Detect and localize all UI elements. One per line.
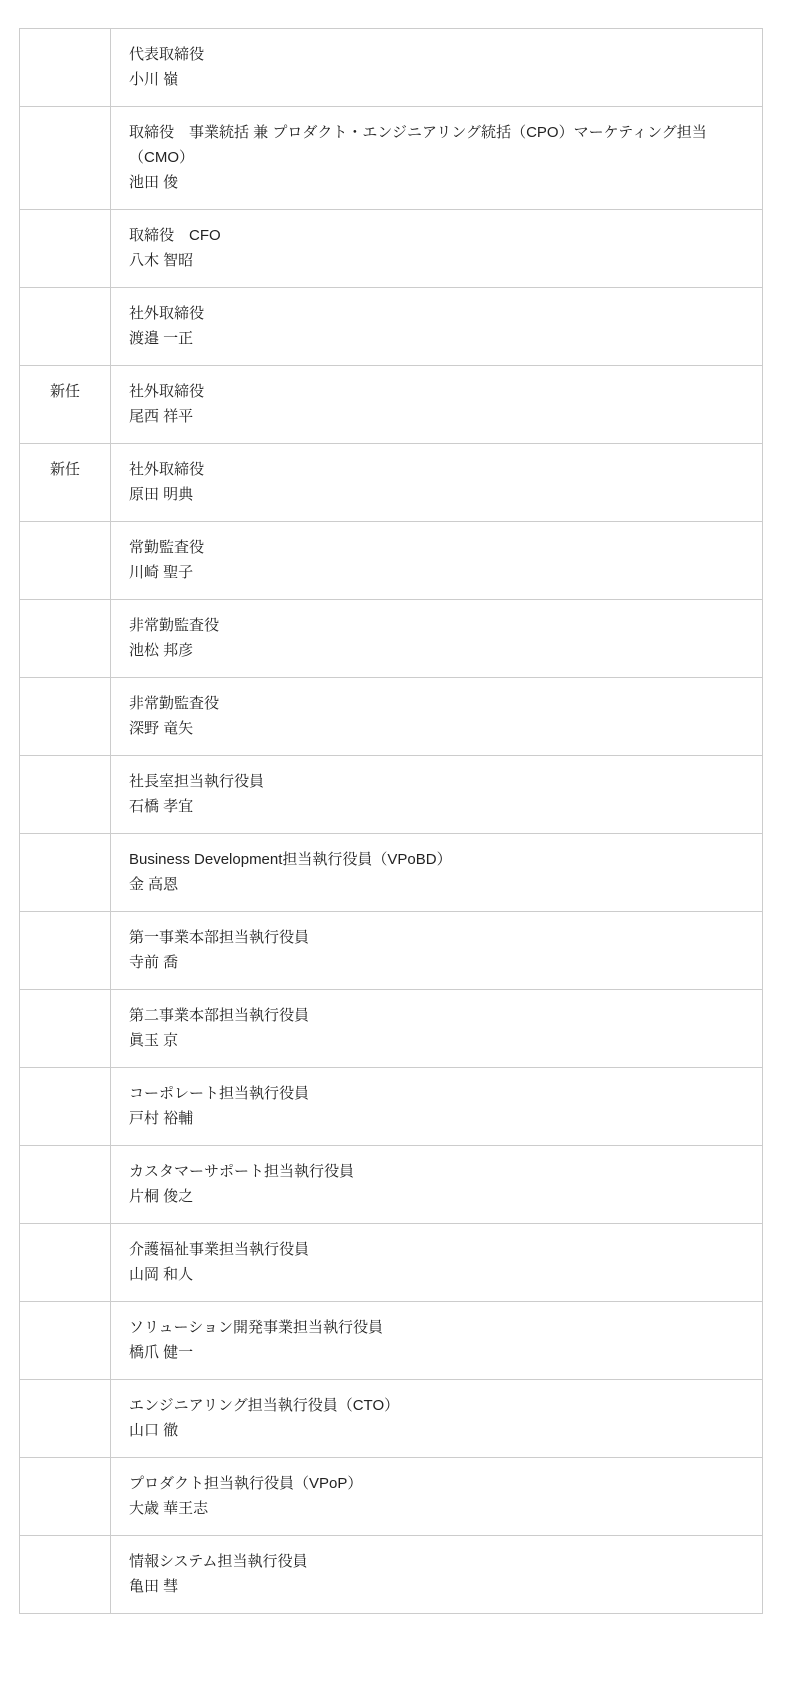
table-row: 社外取締役 渡邉 一正: [20, 288, 763, 366]
officer-cell: Business Development担当執行役員（VPoBD） 金 高恩: [111, 834, 763, 912]
officer-title: エンジニアリング担当執行役員（CTO）: [129, 1393, 742, 1418]
officer-title: 代表取締役: [129, 42, 742, 67]
new-appointment-cell: [20, 1302, 111, 1380]
new-appointment-cell: [20, 107, 111, 210]
officer-cell: コーポレート担当執行役員 戸村 裕輔: [111, 1068, 763, 1146]
officer-cell: 情報システム担当執行役員 亀田 彗: [111, 1536, 763, 1614]
officer-name: 小川 嶺: [129, 67, 742, 92]
officer-cell: 社長室担当執行役員 石橋 孝宜: [111, 756, 763, 834]
officer-title: Business Development担当執行役員（VPoBD）: [129, 847, 742, 872]
officer-cell: プロダクト担当執行役員（VPoP） 大歳 華王志: [111, 1458, 763, 1536]
officer-cell: 社外取締役 尾西 祥平: [111, 366, 763, 444]
table-row: 第二事業本部担当執行役員 眞玉 京: [20, 990, 763, 1068]
page: { "page": { "background_color": "#ffffff…: [0, 28, 800, 1694]
officer-cell: 取締役 CFO 八木 智昭: [111, 210, 763, 288]
officer-cell: 代表取締役 小川 嶺: [111, 29, 763, 107]
new-appointment-cell: [20, 522, 111, 600]
new-appointment-cell: [20, 600, 111, 678]
officer-title: 非常勤監査役: [129, 691, 742, 716]
new-appointment-cell: 新任: [20, 444, 111, 522]
officer-title: プロダクト担当執行役員（VPoP）: [129, 1471, 742, 1496]
new-appointment-badge: 新任: [50, 383, 80, 400]
officer-title: 情報システム担当執行役員: [129, 1549, 742, 1574]
officer-cell: 社外取締役 渡邉 一正: [111, 288, 763, 366]
officer-name: 片桐 俊之: [129, 1184, 742, 1209]
officers-table-body: 代表取締役 小川 嶺 取締役 事業統括 兼 プロダクト・エンジニアリング統括（C…: [20, 29, 763, 1614]
officer-cell: エンジニアリング担当執行役員（CTO） 山口 徹: [111, 1380, 763, 1458]
officer-name: 尾西 祥平: [129, 404, 742, 429]
new-appointment-cell: [20, 210, 111, 288]
table-row: Business Development担当執行役員（VPoBD） 金 高恩: [20, 834, 763, 912]
officer-name: 川崎 聖子: [129, 560, 742, 585]
officer-title: カスタマーサポート担当執行役員: [129, 1159, 742, 1184]
officer-cell: 取締役 事業統括 兼 プロダクト・エンジニアリング統括（CPO）マーケティング担…: [111, 107, 763, 210]
table-row: ソリューション開発事業担当執行役員 橋爪 健一: [20, 1302, 763, 1380]
officer-title: 社外取締役: [129, 301, 742, 326]
officer-cell: 介護福祉事業担当執行役員 山岡 和人: [111, 1224, 763, 1302]
new-appointment-cell: [20, 990, 111, 1068]
officer-name: 山岡 和人: [129, 1262, 742, 1287]
new-appointment-cell: [20, 678, 111, 756]
new-appointment-cell: [20, 834, 111, 912]
table-row: 新任 社外取締役 尾西 祥平: [20, 366, 763, 444]
officer-name: 原田 明典: [129, 482, 742, 507]
officer-name: 池田 俊: [129, 170, 742, 195]
officer-name: 眞玉 京: [129, 1028, 742, 1053]
table-row: 非常勤監査役 池松 邦彦: [20, 600, 763, 678]
table-row: 非常勤監査役 深野 竜矢: [20, 678, 763, 756]
officer-cell: カスタマーサポート担当執行役員 片桐 俊之: [111, 1146, 763, 1224]
officer-title: 第二事業本部担当執行役員: [129, 1003, 742, 1028]
officer-name: 深野 竜矢: [129, 716, 742, 741]
new-appointment-cell: [20, 1536, 111, 1614]
table-row: 第一事業本部担当執行役員 寺前 喬: [20, 912, 763, 990]
officer-cell: 非常勤監査役 池松 邦彦: [111, 600, 763, 678]
table-row: カスタマーサポート担当執行役員 片桐 俊之: [20, 1146, 763, 1224]
table-row: 介護福祉事業担当執行役員 山岡 和人: [20, 1224, 763, 1302]
officer-title: 取締役 事業統括 兼 プロダクト・エンジニアリング統括（CPO）マーケティング担…: [129, 120, 742, 170]
officer-name: 橋爪 健一: [129, 1340, 742, 1365]
new-appointment-cell: 新任: [20, 366, 111, 444]
table-row: 取締役 事業統括 兼 プロダクト・エンジニアリング統括（CPO）マーケティング担…: [20, 107, 763, 210]
officer-title: 取締役 CFO: [129, 223, 742, 248]
officer-title: 第一事業本部担当執行役員: [129, 925, 742, 950]
officer-title: 非常勤監査役: [129, 613, 742, 638]
officer-name: 戸村 裕輔: [129, 1106, 742, 1131]
officer-title: コーポレート担当執行役員: [129, 1081, 742, 1106]
officer-cell: ソリューション開発事業担当執行役員 橋爪 健一: [111, 1302, 763, 1380]
officer-cell: 非常勤監査役 深野 竜矢: [111, 678, 763, 756]
officer-name: 池松 邦彦: [129, 638, 742, 663]
officer-title: 社外取締役: [129, 457, 742, 482]
new-appointment-cell: [20, 1458, 111, 1536]
officers-table: 代表取締役 小川 嶺 取締役 事業統括 兼 プロダクト・エンジニアリング統括（C…: [19, 28, 763, 1614]
table-row: 取締役 CFO 八木 智昭: [20, 210, 763, 288]
officer-title: ソリューション開発事業担当執行役員: [129, 1315, 742, 1340]
new-appointment-cell: [20, 756, 111, 834]
officer-name: 渡邉 一正: [129, 326, 742, 351]
new-appointment-cell: [20, 29, 111, 107]
table-row: プロダクト担当執行役員（VPoP） 大歳 華王志: [20, 1458, 763, 1536]
table-row: 新任 社外取締役 原田 明典: [20, 444, 763, 522]
new-appointment-badge: 新任: [50, 461, 80, 478]
new-appointment-cell: [20, 1146, 111, 1224]
table-row: 常勤監査役 川崎 聖子: [20, 522, 763, 600]
new-appointment-cell: [20, 1068, 111, 1146]
table-row: エンジニアリング担当執行役員（CTO） 山口 徹: [20, 1380, 763, 1458]
officer-name: 金 高恩: [129, 872, 742, 897]
table-row: 情報システム担当執行役員 亀田 彗: [20, 1536, 763, 1614]
officer-name: 山口 徹: [129, 1418, 742, 1443]
table-row: コーポレート担当執行役員 戸村 裕輔: [20, 1068, 763, 1146]
officer-name: 八木 智昭: [129, 248, 742, 273]
new-appointment-cell: [20, 288, 111, 366]
table-row: 代表取締役 小川 嶺: [20, 29, 763, 107]
new-appointment-cell: [20, 1380, 111, 1458]
officer-name: 大歳 華王志: [129, 1496, 742, 1521]
officer-title: 常勤監査役: [129, 535, 742, 560]
officer-title: 社外取締役: [129, 379, 742, 404]
table-row: 社長室担当執行役員 石橋 孝宜: [20, 756, 763, 834]
officer-cell: 社外取締役 原田 明典: [111, 444, 763, 522]
officer-name: 寺前 喬: [129, 950, 742, 975]
new-appointment-cell: [20, 1224, 111, 1302]
officer-cell: 第二事業本部担当執行役員 眞玉 京: [111, 990, 763, 1068]
officer-title: 社長室担当執行役員: [129, 769, 742, 794]
officer-cell: 常勤監査役 川崎 聖子: [111, 522, 763, 600]
new-appointment-cell: [20, 912, 111, 990]
officer-name: 亀田 彗: [129, 1574, 742, 1599]
officer-name: 石橋 孝宜: [129, 794, 742, 819]
officer-cell: 第一事業本部担当執行役員 寺前 喬: [111, 912, 763, 990]
officer-title: 介護福祉事業担当執行役員: [129, 1237, 742, 1262]
